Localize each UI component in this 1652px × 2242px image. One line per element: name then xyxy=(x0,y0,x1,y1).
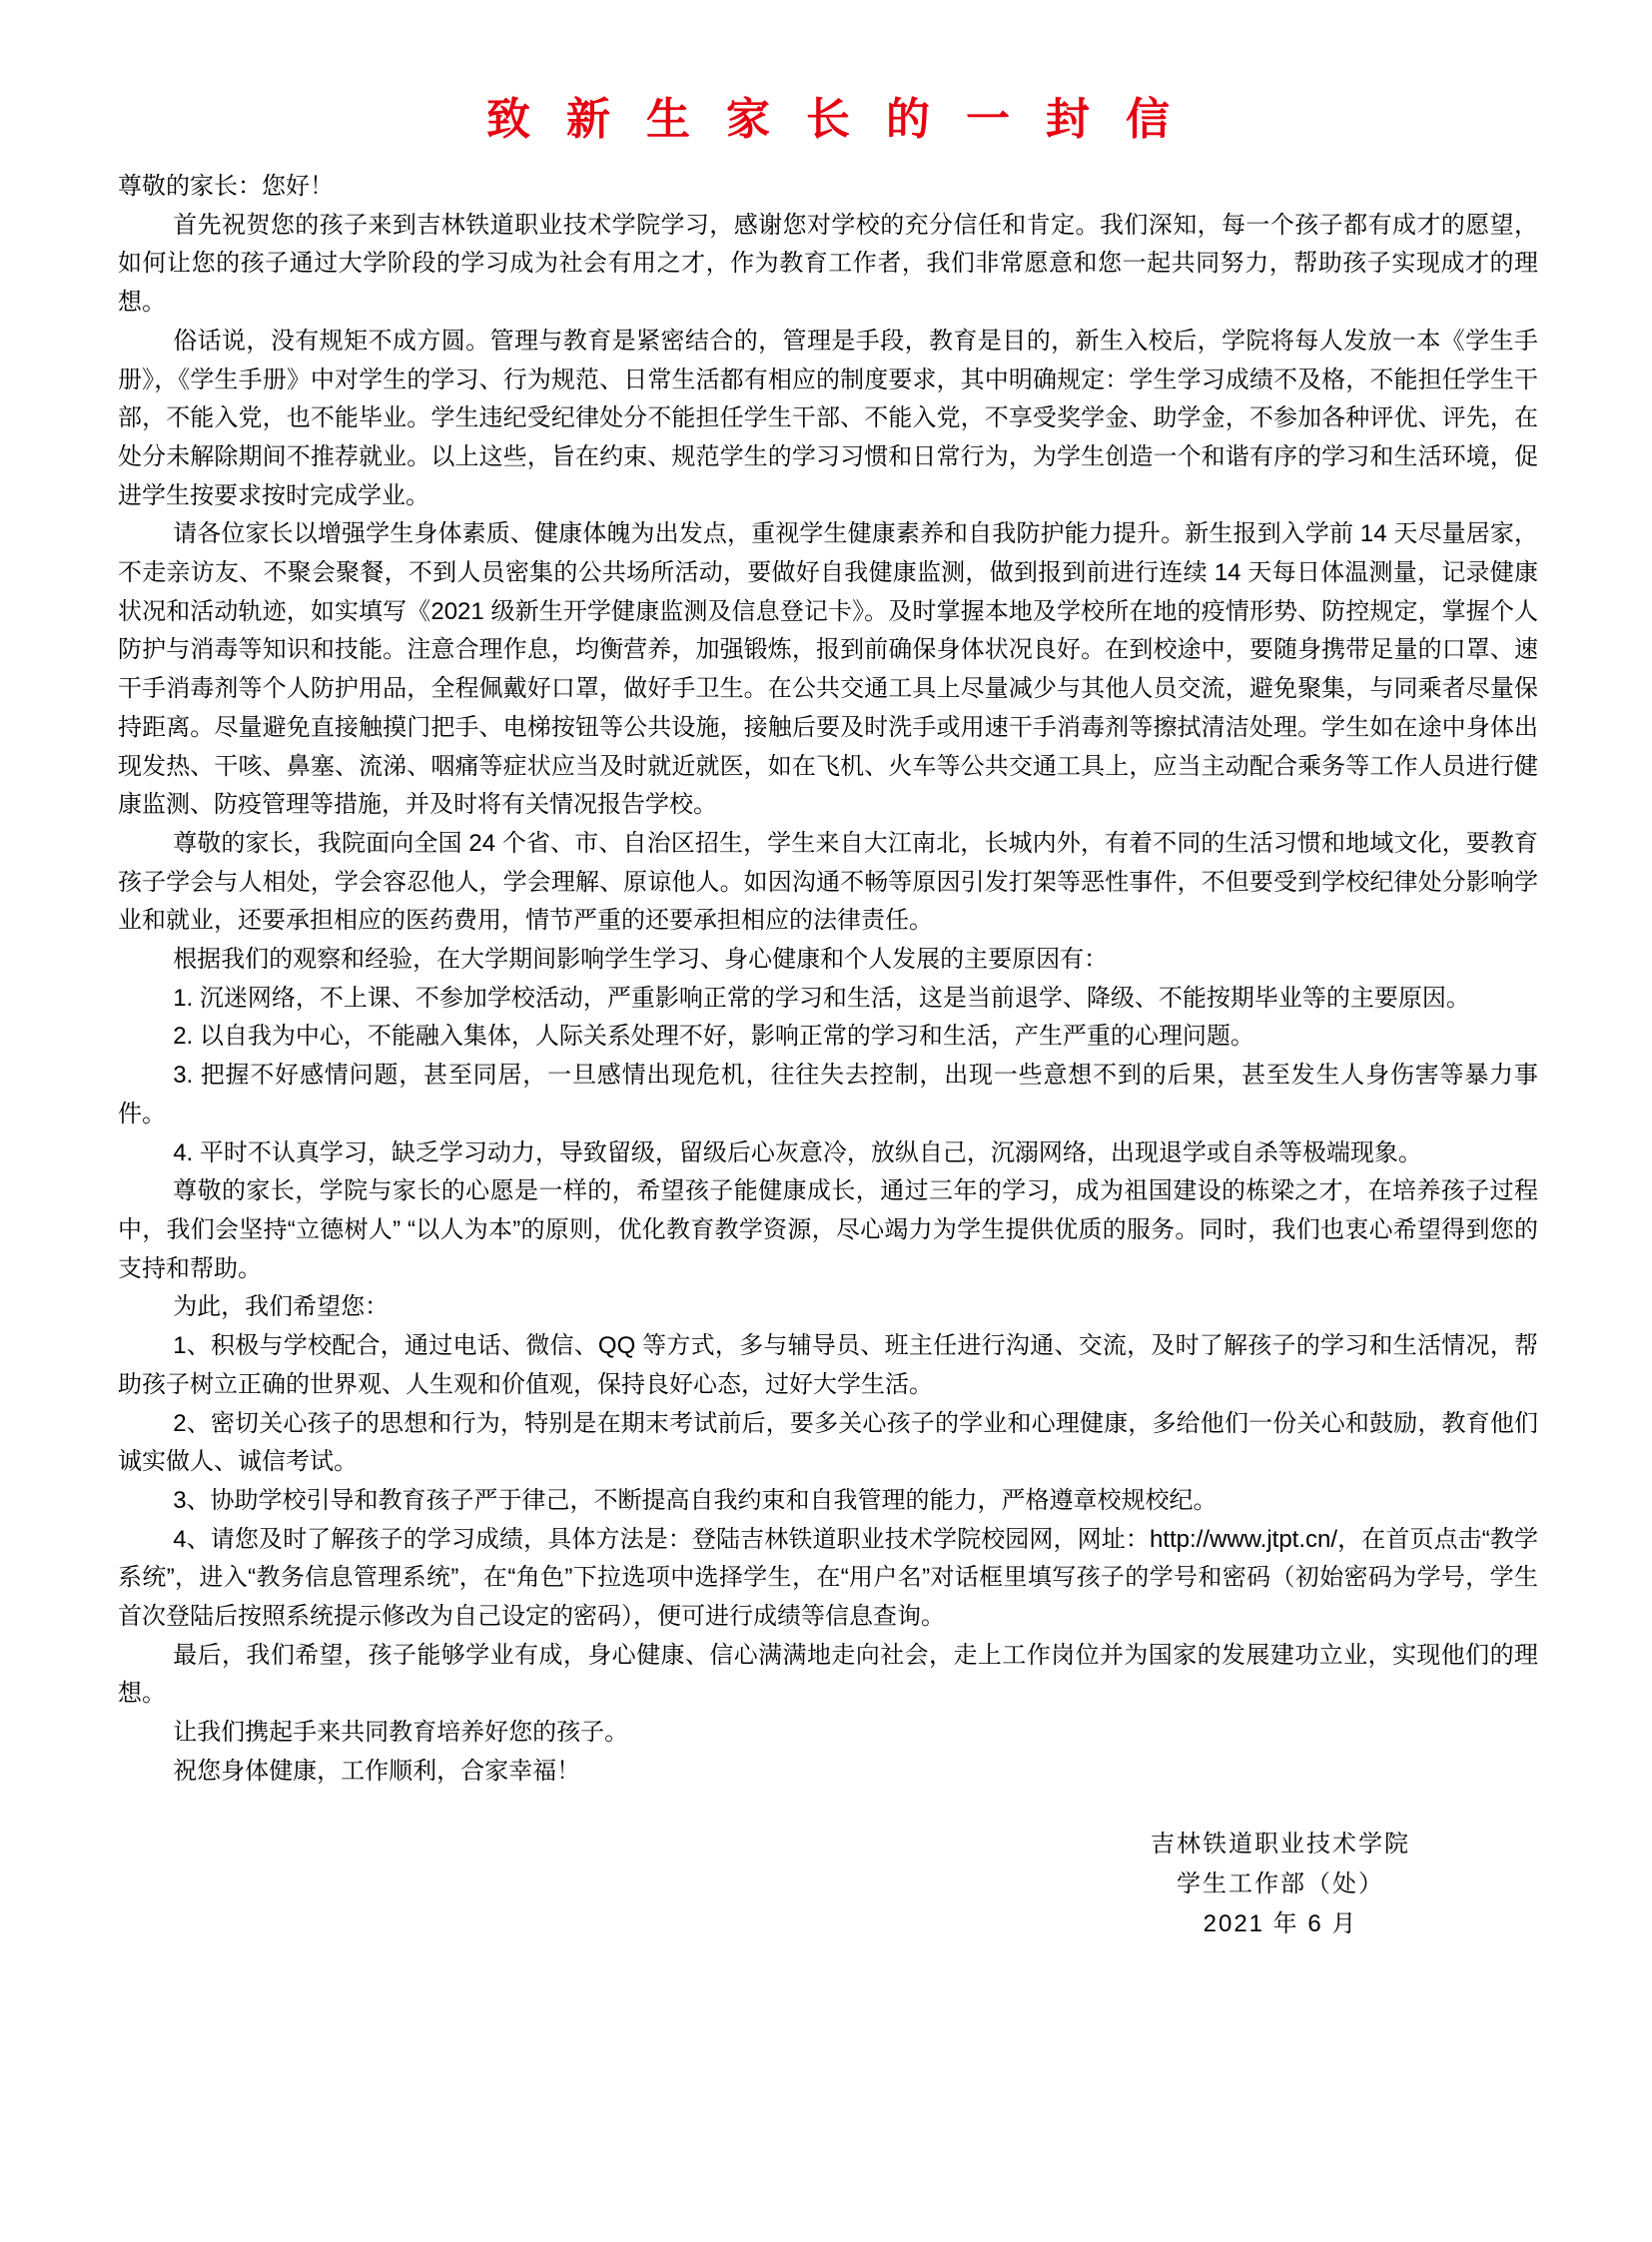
salutation: 尊敬的家长：您好！ xyxy=(118,168,1538,207)
signature-block: 吉林铁道职业技术学院 学生工作部（处） 2021 年 6 月 xyxy=(118,1825,1538,1944)
letter-body: 尊敬的家长：您好！ 首先祝贺您的孩子来到吉林铁道职业技术学院学习，感谢您对学校的… xyxy=(118,168,1538,1792)
page-title: 致新生家长的一封信 xyxy=(118,96,1538,144)
paragraph: 首先祝贺您的孩子来到吉林铁道职业技术学院学习，感谢您对学校的充分信任和肯定。我们… xyxy=(118,207,1538,323)
letter-page: 致新生家长的一封信 尊敬的家长：您好！ 首先祝贺您的孩子来到吉林铁道职业技术学院… xyxy=(0,0,1652,2242)
list-item-hope-4: 4、请您及时了解孩子的学习成绩，具体方法是：登陆吉林铁道职业技术学院校园网，网址… xyxy=(118,1521,1538,1637)
signature-inner: 吉林铁道职业技术学院 学生工作部（处） 2021 年 6 月 xyxy=(1151,1825,1410,1944)
signature-org: 吉林铁道职业技术学院 xyxy=(1151,1825,1410,1865)
list-item-hope-2: 2、密切关心孩子的思想和行为，特别是在期末考试前后，要多关心孩子的学业和心理健康… xyxy=(118,1405,1538,1482)
paragraph: 尊敬的家长，学院与家长的心愿是一样的，希望孩子能健康成长，通过三年的学习，成为祖… xyxy=(118,1172,1538,1288)
signature-date: 2021 年 6 月 xyxy=(1151,1904,1410,1944)
paragraph: 尊敬的家长，我院面向全国 24 个省、市、自治区招生，学生来自大江南北，长城内外… xyxy=(118,825,1538,941)
paragraph: 最后，我们希望，孩子能够学业有成，身心健康、信心满满地走向社会，走上工作岗位并为… xyxy=(118,1637,1538,1714)
list-item-hope-1: 1、积极与学校配合，通过电话、微信、QQ 等方式，多与辅导员、班主任进行沟通、交… xyxy=(118,1327,1538,1404)
list-item-reason-3: 3. 把握不好感情问题，甚至同居，一旦感情出现危机，往往失去控制，出现一些意想不… xyxy=(118,1057,1538,1133)
closing-wish: 祝您身体健康，工作顺利，合家幸福！ xyxy=(118,1753,1538,1792)
list-item-reason-4: 4. 平时不认真学习，缺乏学习动力，导致留级，留级后心灰意冷，放纵自己，沉溺网络… xyxy=(118,1134,1538,1173)
paragraph: 为此，我们希望您： xyxy=(118,1288,1538,1327)
paragraph: 根据我们的观察和经验，在大学期间影响学生学习、身心健康和个人发展的主要原因有： xyxy=(118,941,1538,980)
paragraph: 让我们携起手来共同教育培养好您的孩子。 xyxy=(118,1714,1538,1753)
signature-dept: 学生工作部（处） xyxy=(1151,1865,1410,1904)
paragraph: 俗话说，没有规矩不成方圆。管理与教育是紧密结合的，管理是手段，教育是目的，新生入… xyxy=(118,323,1538,516)
list-item-reason-2: 2. 以自我为中心，不能融入集体，人际关系处理不好，影响正常的学习和生活，产生严… xyxy=(118,1018,1538,1057)
list-item-hope-3: 3、协助学校引导和教育孩子严于律己，不断提高自我约束和自我管理的能力，严格遵章校… xyxy=(118,1482,1538,1521)
list-item-reason-1: 1. 沉迷网络，不上课、不参加学校活动，严重影响正常的学习和生活，这是当前退学、… xyxy=(118,980,1538,1019)
paragraph: 请各位家长以增强学生身体素质、健康体魄为出发点，重视学生健康素养和自我防护能力提… xyxy=(118,515,1538,825)
